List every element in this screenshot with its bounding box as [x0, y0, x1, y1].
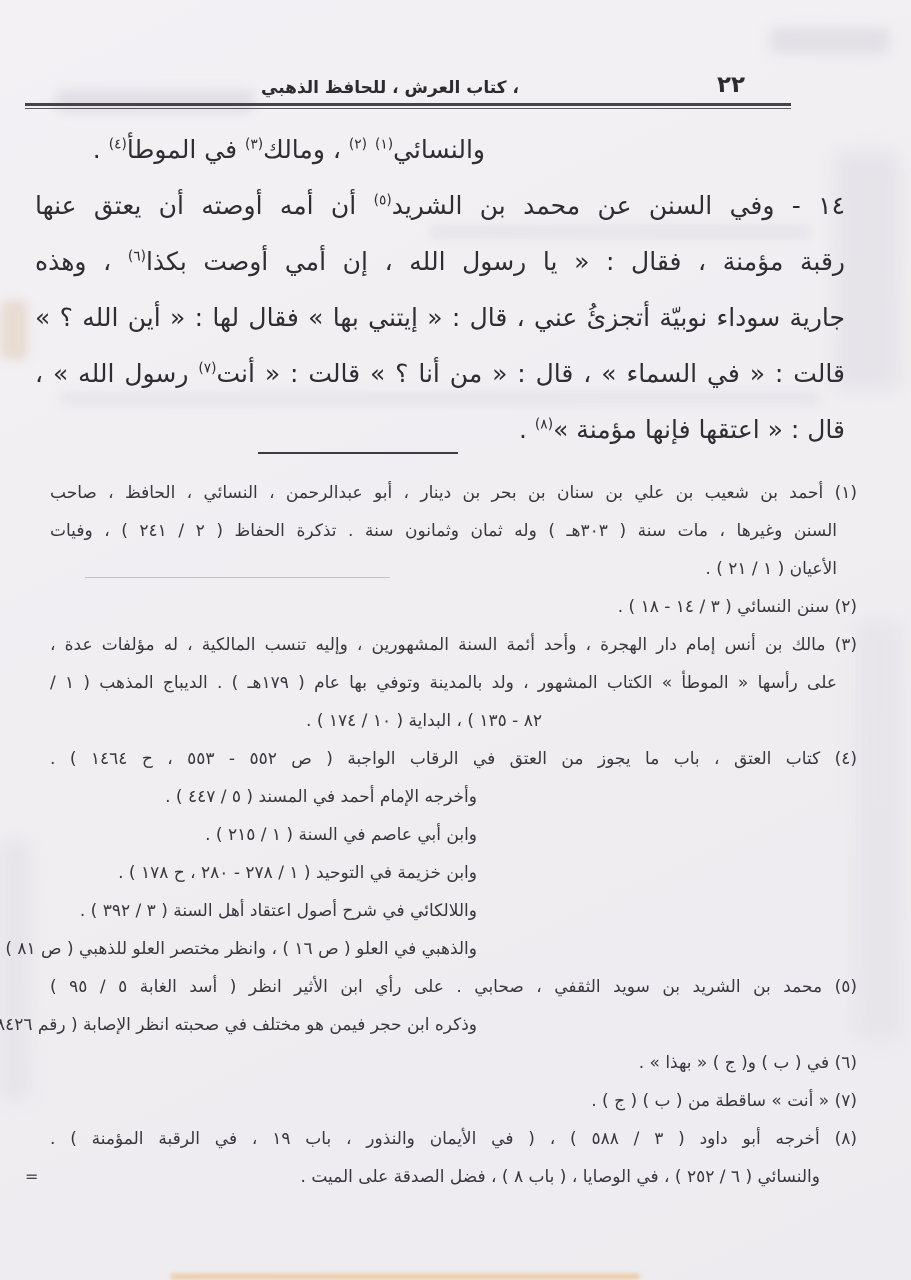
footnote-line: (٦) في ( ب ) و( ج ) « بهذا » .	[50, 1044, 857, 1082]
footnote-line: وذكره ابن حجر فيمن هو مختلف في صحبته انظ…	[50, 1006, 477, 1044]
footnote-line: (٤) كتاب العتق ، باب ما يجوز من العتق في…	[50, 740, 857, 778]
body-text-line: والنسائي(١) (٢) ، ومالك(٣) في الموطأ(٤) …	[35, 122, 485, 178]
footnote-line: السنن وغيرها ، مات سنة ( ٣٠٣هـ ) وله ثما…	[50, 512, 837, 550]
body-text-line: قالت : « في السماء » ، قال : « من أنا ؟ …	[35, 346, 845, 402]
body-text-line: جارية سوداء نوبيّة أتجزئُ عني ، قال : « …	[35, 290, 845, 346]
footnote-line: الأعيان ( ١ / ٢١ ) .	[50, 550, 837, 588]
body-text-line: رقبة مؤمنة ، فقال : « يا رسول الله ، إن …	[35, 234, 845, 290]
body-text-line: ١٤ - وفي السنن عن محمد بن الشريد(٥) أن أ…	[35, 178, 845, 234]
bleedthrough-mark	[0, 840, 30, 1100]
footnote-line: (٣) مالك بن أنس إمام دار الهجرة ، وأحد أ…	[50, 626, 857, 664]
footnote-line: (٨) أخرجه أبو داود ( ٣ / ٥٨٨ ) ، ( في ال…	[50, 1120, 857, 1158]
footnote-line: والذهبي في العلو ( ص ١٦ ) ، وانظر مختصر …	[50, 930, 477, 968]
footnote-line: (١) أحمد بن شعيب بن علي بن سنان بن بحر ب…	[50, 474, 857, 512]
body-text: والنسائي(١) (٢) ، ومالك(٣) في الموطأ(٤) …	[35, 122, 845, 458]
footnote-line: والنسائي ( ٦ / ٢٥٢ ) ، في الوصايا ، ( با…	[50, 1158, 820, 1196]
footnote-line: وابن أبي عاصم في السنة ( ١ / ٢١٥ ) .	[50, 816, 477, 854]
footnote-line: (٥) محمد بن الشريد بن سويد الثقفي ، صحاب…	[50, 968, 857, 1006]
page-number: ٢٢	[705, 72, 757, 98]
footnote-line: واللالكائي في شرح أصول اعتقاد أهل السنة …	[50, 892, 477, 930]
footnote-line: وابن خزيمة في التوحيد ( ١ / ٢٧٨ - ٢٨٠ ، …	[50, 854, 477, 892]
header-title: ، كتاب العرش ، للحافظ الذهبي	[255, 78, 525, 98]
footnote-line: (٢) سنن النسائي ( ٣ / ١٤ - ١٨ ) .	[50, 588, 857, 626]
footnote-line: على رأسها « الموطأ » الكتاب المشهور ، ول…	[50, 664, 837, 702]
scanned-book-page: ٢٢ ، كتاب العرش ، للحافظ الذهبي والنسائي…	[0, 0, 911, 1280]
footnote-separator	[258, 452, 458, 454]
body-text-line: قال : « اعتقها فإنها مؤمنة »(٨) .	[35, 402, 845, 458]
bleedthrough-mark	[770, 28, 890, 54]
page-edge-strip	[170, 1274, 640, 1279]
footnotes-block: (١) أحمد بن شعيب بن علي بن سنان بن بحر ب…	[50, 474, 857, 1196]
bleedthrough-mark	[0, 300, 28, 360]
footnote-line-text: والنسائي ( ٦ / ٢٥٢ ) ، في الوصايا ، ( با…	[301, 1167, 820, 1187]
footnote-line: ٨٢ - ١٣٥ ) ، البداية ( ١٠ / ١٧٤ ) .	[50, 702, 542, 740]
bleedthrough-mark	[855, 620, 903, 1040]
header-rule	[25, 103, 791, 106]
footnote-line: وأخرجه الإمام أحمد في المسند ( ٥ / ٤٤٧ )…	[50, 778, 477, 816]
continuation-mark: =	[25, 1158, 38, 1196]
footnote-line: (٧) « أنت » ساقطة من ( ب ) ( ج ) .	[50, 1082, 857, 1120]
